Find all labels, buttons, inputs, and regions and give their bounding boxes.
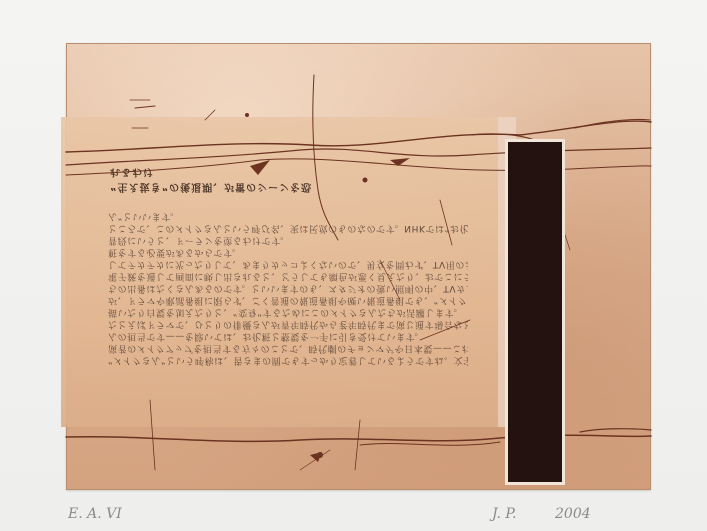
edition-mark: E. A. VI xyxy=(68,506,122,522)
etched-lines xyxy=(0,0,707,531)
artist-signature: J. P. xyxy=(492,506,516,522)
black-vertical-bar xyxy=(508,142,562,482)
year-mark: 2004 xyxy=(555,506,591,522)
